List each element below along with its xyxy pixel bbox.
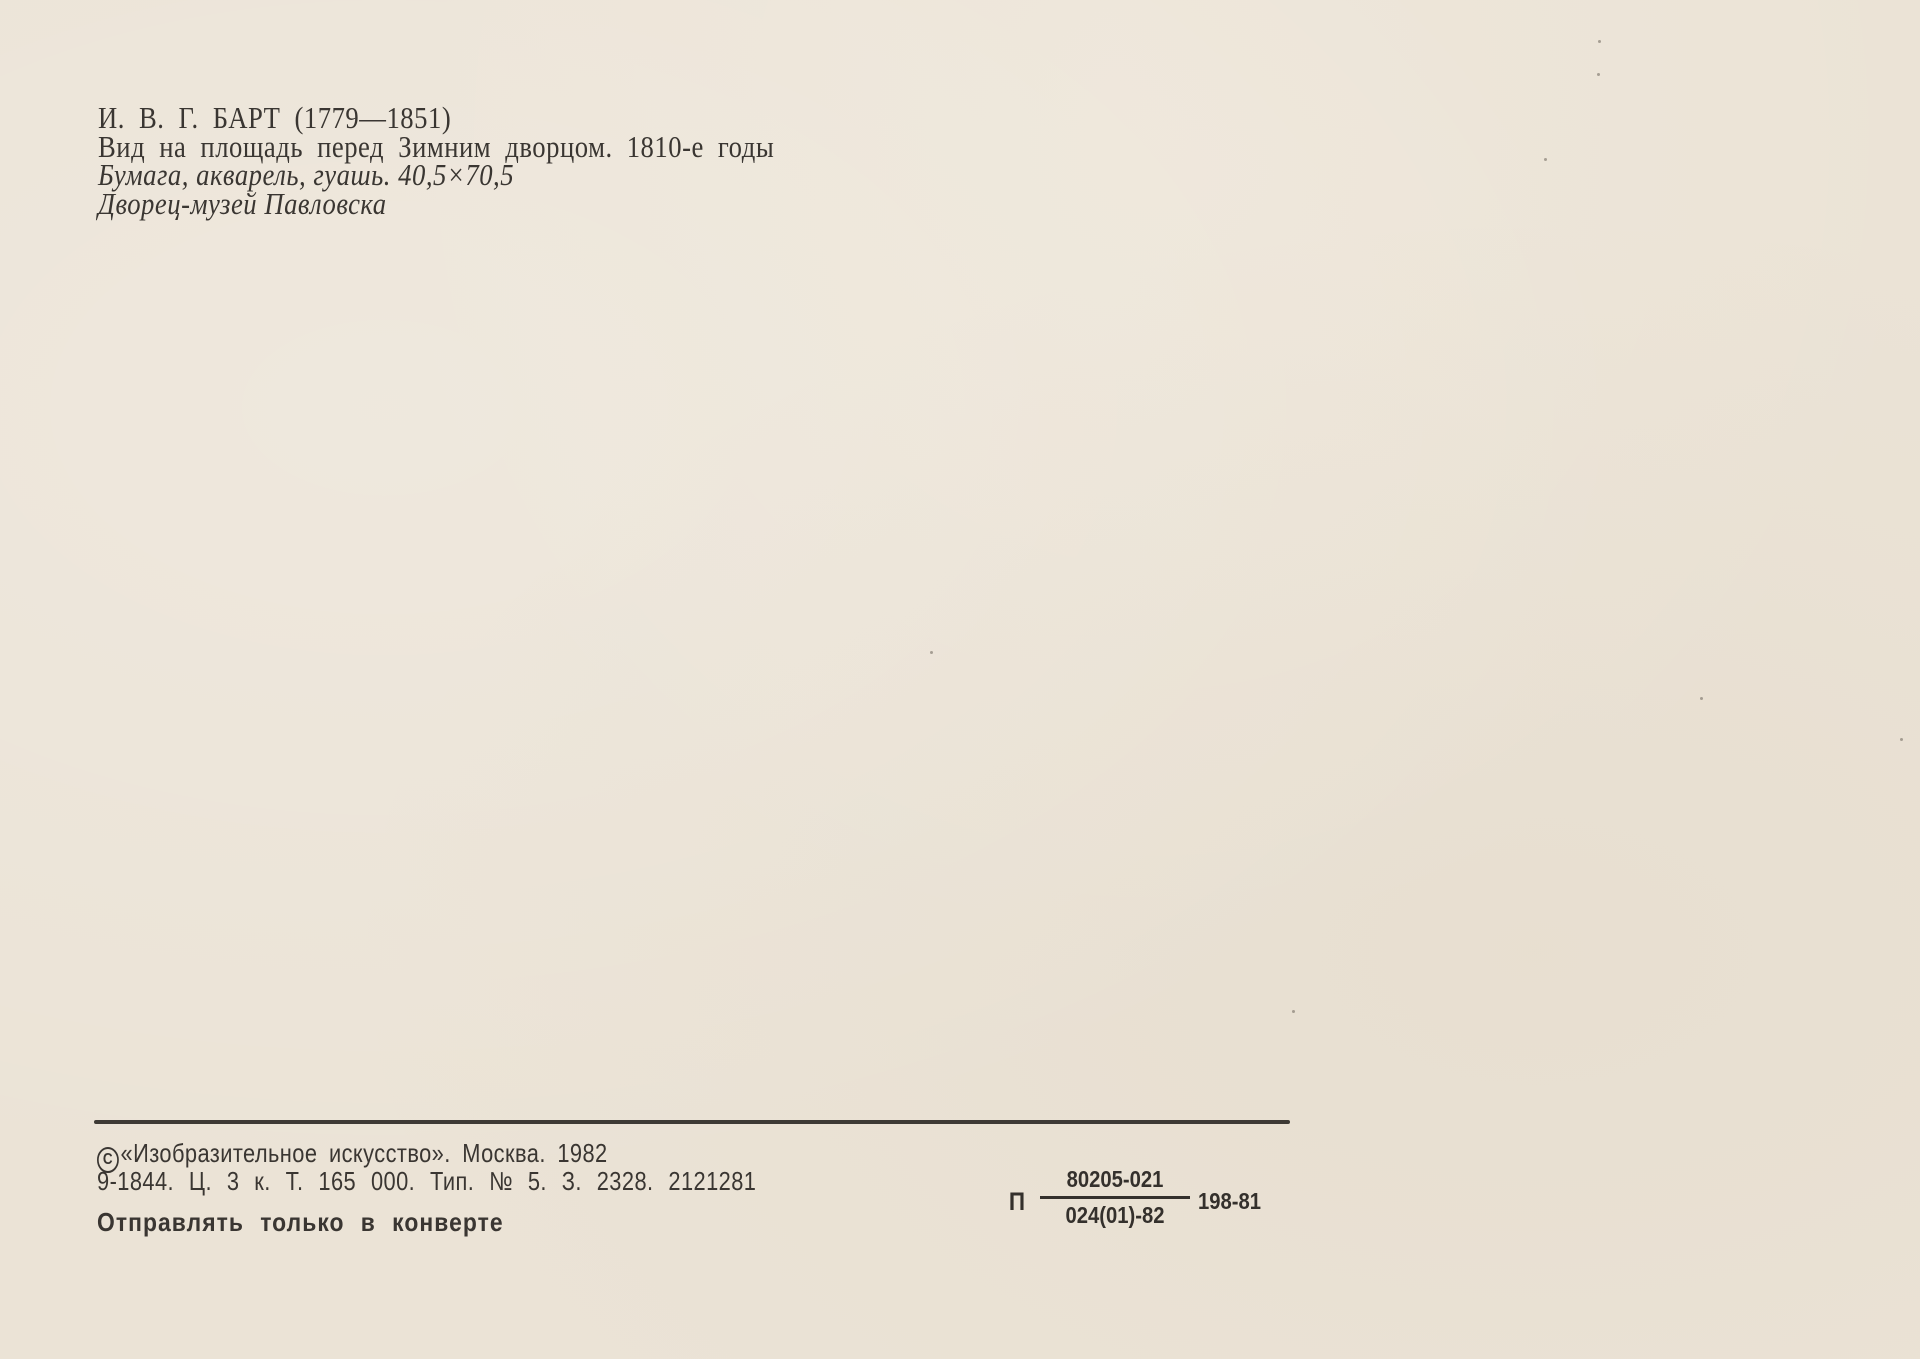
paper-speck	[1292, 1010, 1295, 1013]
paper-speck	[930, 651, 933, 654]
paper-speck	[1900, 738, 1903, 741]
paper-speck	[1700, 697, 1703, 700]
print-details: 9-1844. Ц. 3 к. Т. 165 000. Тип. № 5. З.…	[97, 1167, 756, 1195]
index-suffix: 198-81	[1198, 1188, 1261, 1215]
publisher-line: «Изобразительное искусство». Москва. 198…	[121, 1138, 608, 1168]
paper-speck	[1597, 73, 1600, 76]
divider-rule	[94, 1120, 1290, 1124]
artwork-collection: Дворец-музей Павловска	[98, 190, 774, 219]
index-fraction: 80205-021 024(01)-82	[1040, 1166, 1190, 1228]
artwork-caption: И. В. Г. БАРТ (1779—1851) Вид на площадь…	[98, 104, 884, 218]
publisher-imprint: C«Изобразительное искусство». Москва. 19…	[97, 1139, 882, 1236]
paper-speck	[1544, 158, 1547, 161]
index-letter: П	[1009, 1188, 1025, 1217]
paper-speck	[1598, 40, 1601, 43]
index-denominator: 024(01)-82	[1049, 1202, 1181, 1228]
fraction-bar	[1040, 1196, 1190, 1199]
publisher-line-row: C«Изобразительное искусство». Москва. 19…	[97, 1139, 756, 1167]
mailing-note: Отправлять только в конверте	[97, 1208, 788, 1236]
index-numerator: 80205-021	[1049, 1166, 1181, 1192]
